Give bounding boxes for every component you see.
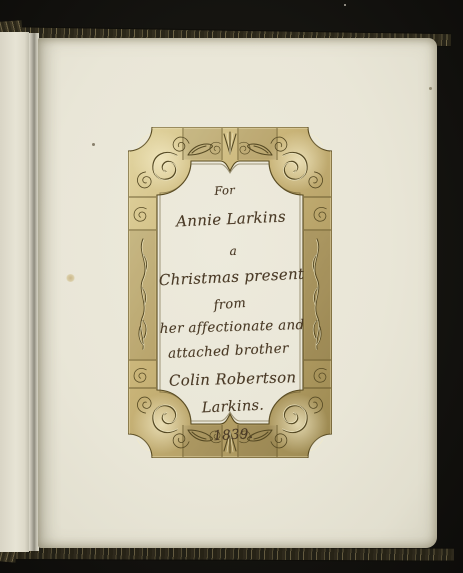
photograph-of-open-book: For Annie Larkins a Christmas present fr… (0, 0, 463, 573)
dust-speck (344, 4, 346, 6)
dedication-line: her affectionate and (150, 317, 314, 338)
foxing-spot (429, 87, 432, 90)
dedication-line-author: Larkins. (151, 394, 316, 420)
foxing-spot (92, 143, 95, 146)
facing-page-edge (0, 32, 29, 552)
dedication-line: attached brother (146, 339, 311, 363)
dedication-line: a (151, 243, 315, 260)
dedication-line: from (148, 290, 313, 319)
dedication-line-recipient: Annie Larkins (149, 207, 314, 233)
handwritten-dedication: For Annie Larkins a Christmas present fr… (149, 180, 316, 444)
book-cover-bottom-edge (0, 546, 454, 562)
dedication-line: Christmas present (149, 264, 314, 290)
dedication-line: For (142, 178, 307, 203)
dedication-line-author: Colin Robertson (150, 368, 314, 391)
foxing-spot (66, 274, 75, 282)
